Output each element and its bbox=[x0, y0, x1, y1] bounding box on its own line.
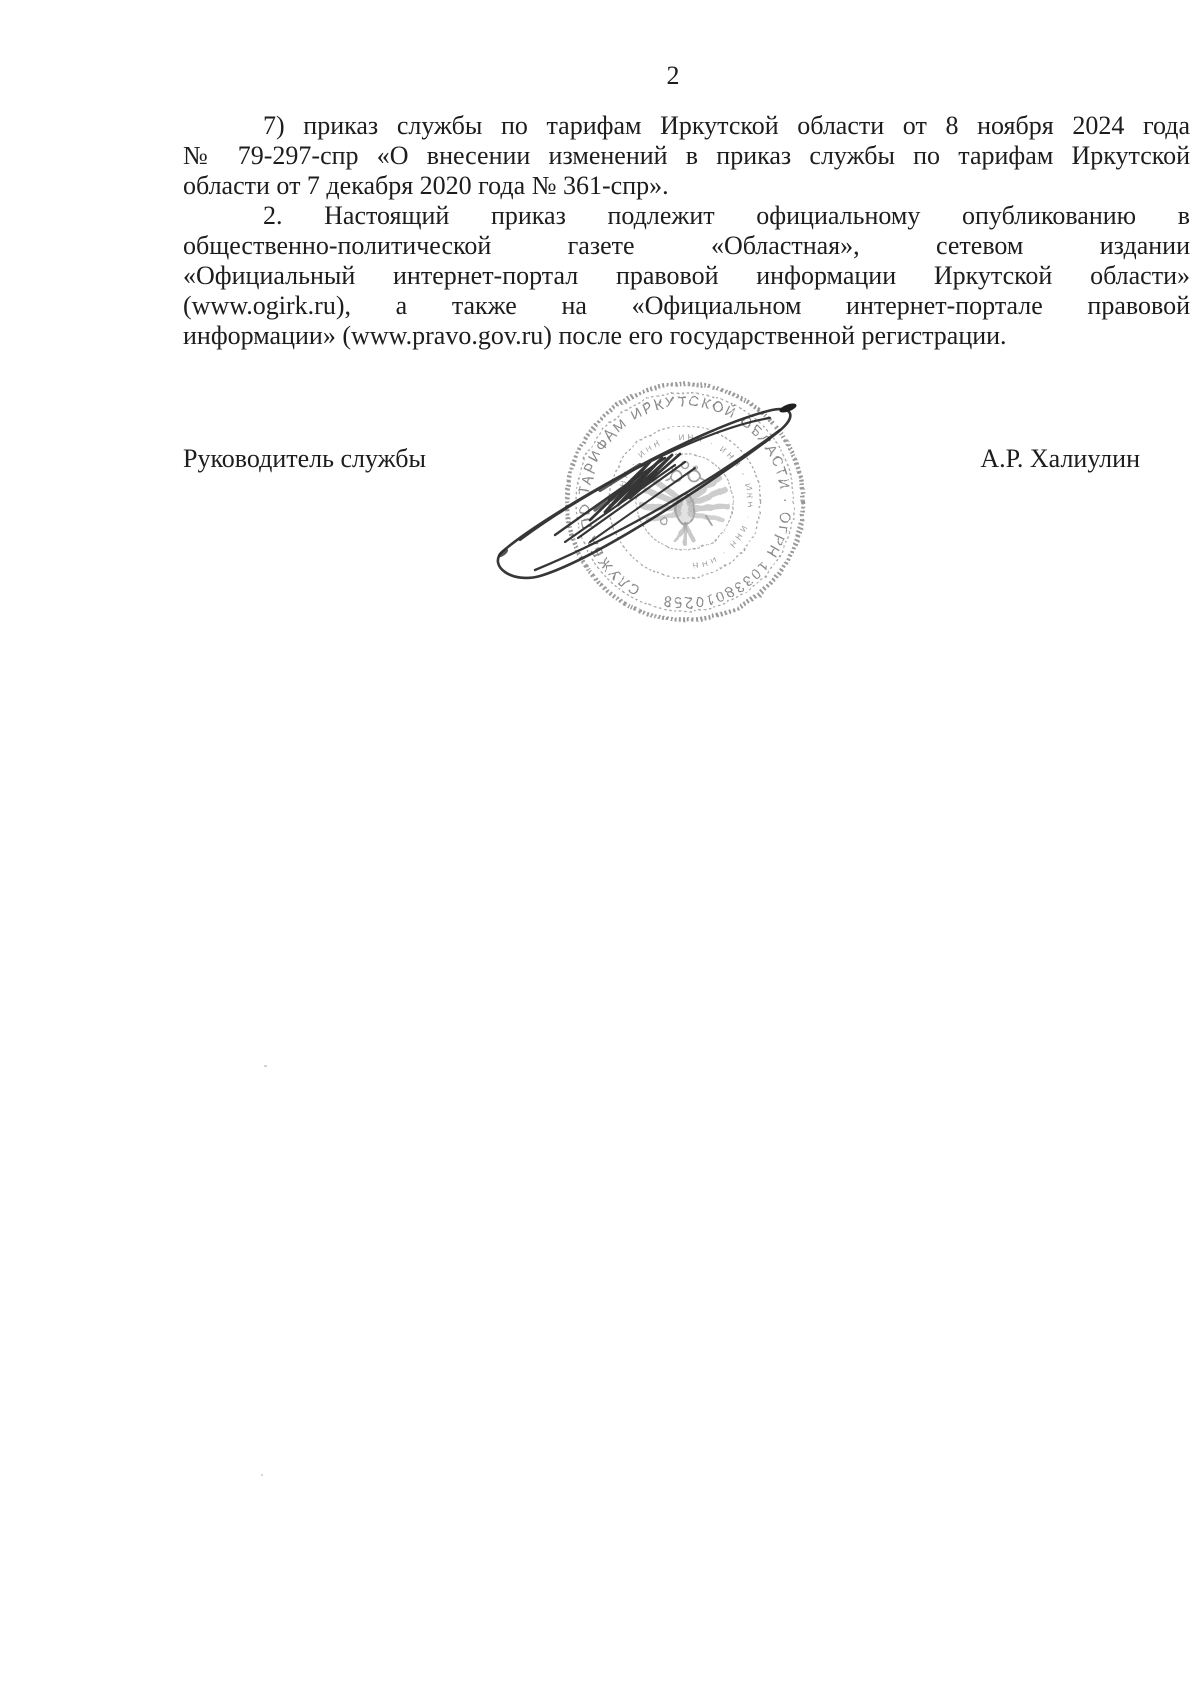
body-line: информации» (www.pravo.gov.ru) после его… bbox=[183, 321, 1190, 351]
signatory-position-label: Руководитель службы bbox=[183, 444, 426, 474]
body-text: 7) приказ службы по тарифам Иркутской об… bbox=[183, 111, 1190, 351]
body-line: 2. Настоящий приказ подлежит официальном… bbox=[183, 201, 1190, 231]
document-page: 2 7) приказ службы по тарифам Иркутской … bbox=[0, 0, 1200, 1697]
scan-speck bbox=[264, 1065, 267, 1067]
page-number: 2 bbox=[633, 61, 713, 91]
body-line: (www.ogirk.ru), а также на «Официальном … bbox=[183, 291, 1190, 321]
scan-speck bbox=[261, 1474, 263, 1476]
body-line: «Официальный интернет-портал правовой ин… bbox=[183, 261, 1190, 291]
handwritten-signature bbox=[440, 370, 820, 620]
signatory-name: А.Р. Халиулин bbox=[980, 444, 1140, 474]
body-line: общественно-политической газете «Областн… bbox=[183, 231, 1190, 261]
body-line: 7) приказ службы по тарифам Иркутской об… bbox=[183, 111, 1190, 141]
body-line: области от 7 декабря 2020 года № 361-спр… bbox=[183, 171, 1190, 201]
body-line: № 79-297-спр «О внесении изменений в при… bbox=[183, 141, 1190, 171]
